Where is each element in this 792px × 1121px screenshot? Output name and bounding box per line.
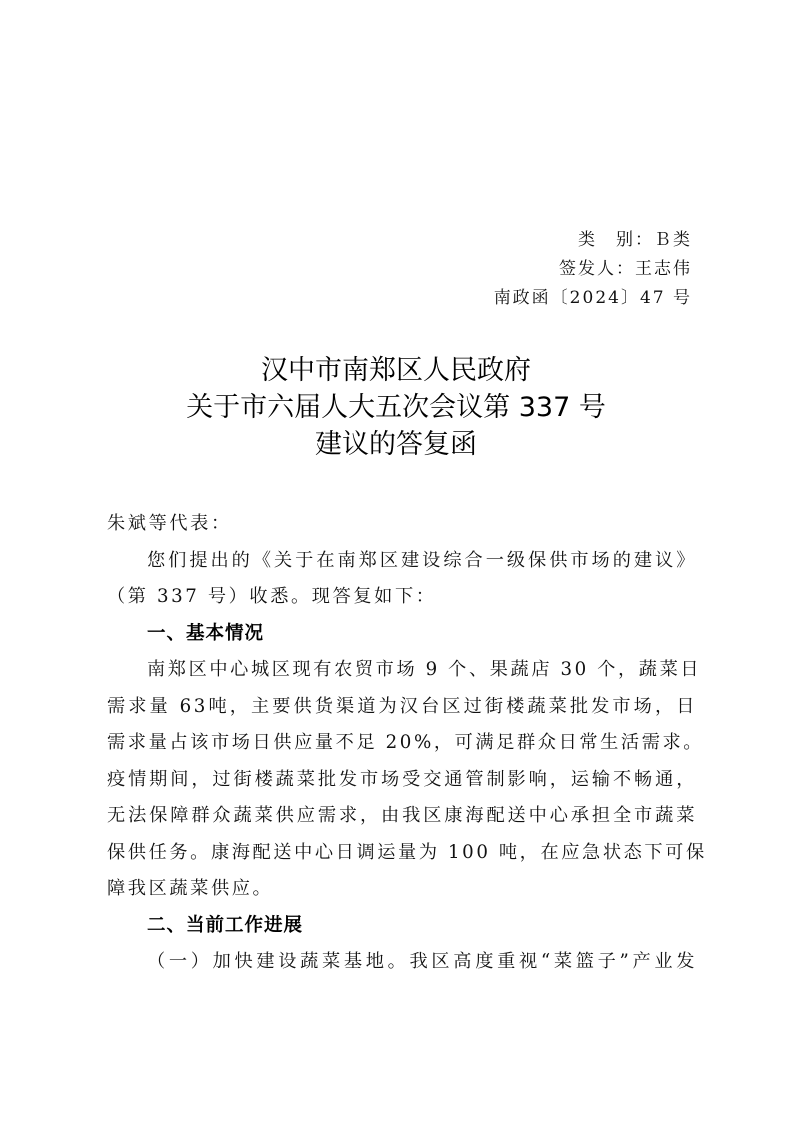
category-label: 类 别：Ｂ类 — [494, 226, 692, 255]
signer-label: 签发人：王志伟 — [494, 255, 692, 284]
section1-line-4: 疫情期间，过街楼蔬菜批发市场受交通管制影响，运输不畅通， — [107, 762, 697, 799]
intro-line-1: 您们提出的《关于在南郑区建设综合一级保供市场的建议》 — [107, 543, 697, 580]
section1-line-5: 无法保障群众蔬菜供应需求，由我区康海配送中心承担全市蔬菜 — [107, 798, 697, 835]
section1-line-6: 保供任务。康海配送中心日调运量为 100 吨，在应急状态下可保 — [107, 835, 697, 872]
title-line-3: 建议的答复函 — [0, 426, 792, 463]
section-heading-work-progress: 二、当前工作进展 — [107, 908, 697, 945]
document-number: 南政函〔2024〕47 号 — [494, 284, 692, 313]
section1-line-3: 需求量占该市场日供应量不足 20%，可满足群众日常生活需求。 — [107, 725, 697, 762]
document-body: 朱斌等代表： 您们提出的《关于在南郑区建设综合一级保供市场的建议》 （第 337… — [107, 506, 697, 981]
section-heading-basic-situation: 一、基本情况 — [107, 616, 697, 653]
section1-line-2: 需求量 63吨，主要供货渠道为汉台区过街楼蔬菜批发市场，日 — [107, 689, 697, 726]
document-title: 汉中市南郑区人民政府 关于市六届人大五次会议第 337 号 建议的答复函 — [0, 352, 792, 463]
title-line-1: 汉中市南郑区人民政府 — [0, 352, 792, 389]
salutation: 朱斌等代表： — [107, 506, 697, 543]
intro-line-2: （第 337 号）收悉。现答复如下： — [107, 579, 697, 616]
section1-line-7: 障我区蔬菜供应。 — [107, 871, 697, 908]
section1-line-1: 南郑区中心城区现有农贸市场 9 个、果蔬店 30 个，蔬菜日 — [107, 652, 697, 689]
title-line-2: 关于市六届人大五次会议第 337 号 — [0, 389, 792, 426]
document-meta: 类 别：Ｂ类 签发人：王志伟 南政函〔2024〕47 号 — [494, 226, 692, 313]
section2-line-1: （一）加快建设蔬菜基地。我区高度重视“菜篮子”产业发 — [107, 944, 697, 981]
